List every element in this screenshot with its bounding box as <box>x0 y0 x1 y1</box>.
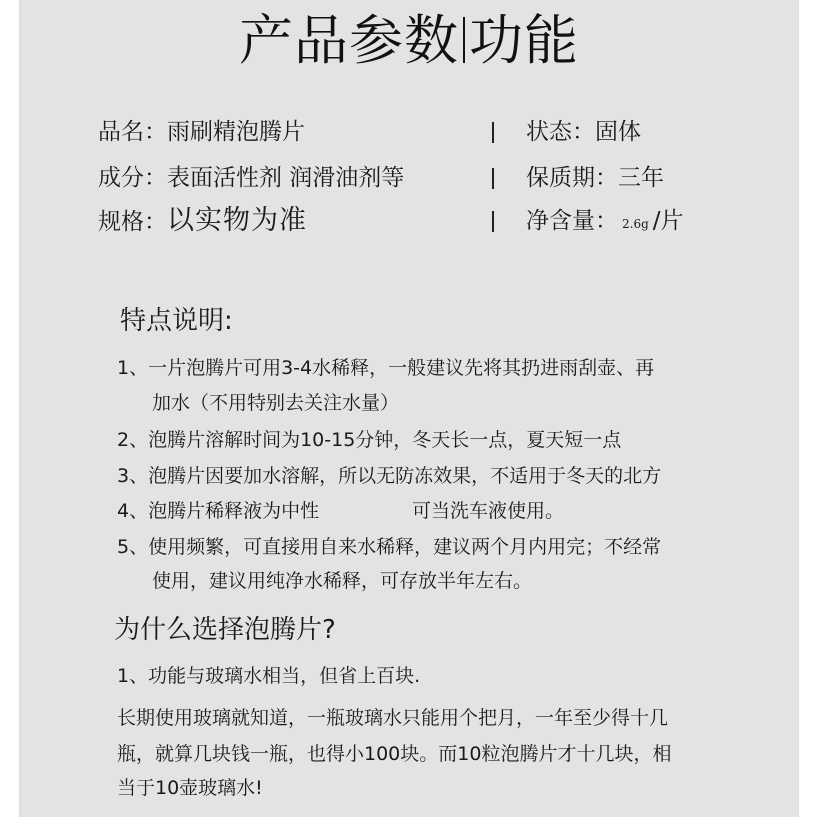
spec-divider <box>492 122 494 143</box>
spec-value: 固体 <box>595 119 641 145</box>
why-line: 当于10壶玻璃水! <box>117 774 263 802</box>
why-line: 瓶，就算几块钱一瓶，也得小100块。而10粒泡腾片才十几块，相 <box>117 740 671 768</box>
spec-divider <box>492 168 494 189</box>
title-divider <box>463 17 465 63</box>
feature-line: 2、泡腾片溶解时间为10-15分钟，冬天长一点，夏天短一点 <box>117 426 621 454</box>
feature-line: 4、泡腾片稀释液为中性 <box>117 497 319 525</box>
spec-divider <box>492 211 494 232</box>
spec-row: 规格：以实物为准 净含量：2.6g/片 <box>0 205 817 237</box>
spec-label: 状态： <box>526 119 595 145</box>
why-heading: 为什么选择泡腾片? <box>114 612 336 648</box>
feature-line: 5、使用频繁，可直接用自来水稀释，建议两个月内用完；不经常 <box>117 533 661 561</box>
title-right: 功能 <box>469 9 579 72</box>
feature-line: 使用，建议用纯净水稀释，可存放半年左右。 <box>152 567 532 595</box>
spec-value: 三年 <box>618 165 664 191</box>
spec-value-unit: /片 <box>653 208 684 234</box>
spec-value: 表面活性剂 润滑油剂等 <box>167 165 404 191</box>
spec-value: 雨刷精泡腾片 <box>167 119 305 145</box>
feature-line: 可当洗车液使用。 <box>412 497 564 525</box>
spec-label: 成分： <box>98 165 167 191</box>
spec-label: 保质期： <box>526 165 618 191</box>
spec-row: 成分：表面活性剂 润滑油剂等 保质期：三年 <box>0 162 817 194</box>
page-title: 产品参数功能 <box>20 8 798 74</box>
spec-row: 品名：雨刷精泡腾片 状态：固体 <box>0 116 817 148</box>
feature-line: 加水（不用特别去关注水量） <box>152 389 399 417</box>
spec-label: 品名： <box>98 119 167 145</box>
spec-label: 规格： <box>98 209 167 235</box>
spec-label: 净含量： <box>526 208 618 234</box>
why-line: 长期使用玻璃就知道，一瓶玻璃水只能用个把月，一年至少得十几 <box>117 704 668 732</box>
title-left: 产品参数 <box>239 9 459 72</box>
spec-value-number: 2.6g <box>622 217 649 231</box>
spec-value: 以实物为准 <box>167 205 307 236</box>
features-heading: 特点说明: <box>120 303 233 339</box>
feature-line: 3、泡腾片因要加水溶解，所以无防冻效果，不适用于冬天的北方 <box>117 462 661 490</box>
feature-line: 1、一片泡腾片可用3-4水稀释，一般建议先将其扔进雨刮壶、再 <box>117 354 654 382</box>
why-line: 1、功能与玻璃水相当，但省上百块. <box>117 662 420 690</box>
